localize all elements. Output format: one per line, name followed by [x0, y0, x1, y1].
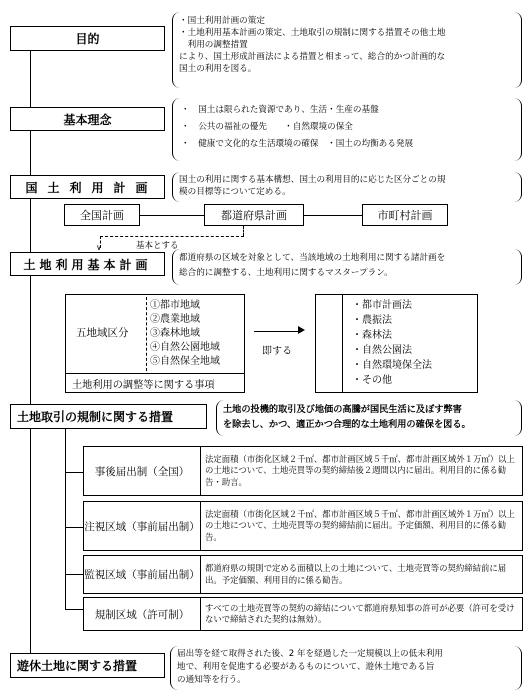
principle-line: ・ 国土は限られた資源であり、生活・生産の基盤 — [181, 102, 513, 119]
area-item: ③森林地域 — [150, 327, 220, 341]
law-item: ・自然環境保全法 — [352, 358, 432, 373]
area-item: ②農業地域 — [150, 313, 220, 327]
area-item: ⑤自然保全地域 — [150, 355, 220, 369]
row-connector — [65, 527, 83, 528]
regulation-desc: 都道府県の規則で定める面積以上の土地について、土地売買等の契約締結前に届出。予定… — [201, 556, 522, 593]
law-item: ・森林法 — [352, 328, 432, 343]
basis-dashed-horizontal — [100, 236, 244, 237]
row-connector — [65, 609, 83, 610]
municipal-plan-label: 市町村計画 — [378, 207, 433, 223]
purpose-line: により、国土形成計画法による措置と相まって、総合的かつ計画的な — [179, 51, 515, 63]
idle-line: 地で、利用を促進する必要があるものについて、遊休土地である旨 — [177, 661, 515, 674]
municipal-plan-box: 市町村計画 — [362, 204, 448, 226]
conform-label: 即する — [262, 342, 292, 357]
purpose-line: 国土の利用を図る。 — [179, 63, 515, 75]
regulation-label: 規制区域（許可制） — [84, 598, 201, 630]
land-use-basic-plan-title: 土地利用基本計画 — [23, 256, 151, 273]
basis-arrow-icon: ∨ — [96, 244, 102, 252]
row-connector — [65, 472, 83, 473]
idle-land-description: 届出等を経て取得された後、2 年を経過した一定規模以上の低未利用 地で、利用を促… — [170, 646, 522, 690]
purpose-line: ・土地利用基本計画の策定、土地取引の規制に関する措置その他土地 — [179, 27, 515, 39]
principle-line: ・ 健康で文化的な生活環境の確保 ・国土の均衡ある発展 — [181, 136, 513, 153]
law-item: ・農振法 — [352, 313, 432, 328]
adjustment-label: 土地利用の調整等に関する事項 — [72, 376, 215, 391]
conform-arrow-icon — [298, 326, 305, 334]
row-connector — [65, 574, 83, 575]
purpose-line: 利用の調整措置 — [179, 39, 515, 51]
regulation-desc: 法定面積（市街化区域２千㎡、都市計画区域５千㎡、都市計画区域外１万㎡）以上の土地… — [201, 447, 522, 495]
regulation-label: 注視区域（事前届出制） — [84, 502, 201, 550]
land-transaction-regulation-box: 土地取引の規制に関する措置 — [10, 404, 207, 429]
nlup-line: 国土の利用に関する基本構想、国土の利用目的に応じた区分ごとの規 — [179, 174, 515, 186]
nlup-line: 模の目標等について定める。 — [179, 186, 515, 198]
national-land-use-plan-title: 国土利用計画 — [25, 179, 157, 196]
purpose-box: 目的 — [10, 26, 165, 51]
five-areas-label: 五地域区分 — [76, 325, 129, 340]
basic-principles-box: 基本理念 — [10, 107, 165, 131]
five-areas-box: 五地域区分 ①都市地域 ②農業地域 ③森林地域 ④自然公園地域 ⑤自然保全地域 … — [65, 294, 245, 393]
land-use-basic-plan-box: 土地利用基本計画 — [10, 252, 165, 276]
main-spine — [30, 40, 31, 670]
laws-list: ・都市計画法 ・農振法 ・森林法 ・自然公園法 ・自然環境保全法 ・その他 — [352, 298, 432, 388]
area-item: ④自然公園地域 — [150, 341, 220, 355]
idle-line: 届出等を経て取得された後、2 年を経過した一定規模以上の低未利用 — [177, 648, 515, 661]
ltr-title: 土地取引の規制に関する措置 — [17, 408, 173, 425]
five-areas-divider — [146, 297, 147, 371]
ltr-line: 土地の投機的取引及び地価の高騰が国民生活に及ぼす弊害 — [223, 402, 515, 417]
regulation-row: 注視区域（事前届出制） 法定面積（市街化区域２千㎡、都市計画区域５千㎡、都市計画… — [83, 501, 523, 551]
basis-dashed-vertical-right — [243, 226, 244, 236]
prefectural-plan-box: 都道府県計画 — [204, 204, 304, 226]
regulation-row: 事後届出制（全国） 法定面積（市街化区域２千㎡、都市計画区域５千㎡、都市計画区域… — [83, 446, 523, 496]
law-item: ・都市計画法 — [352, 298, 432, 313]
idle-land-title: 遊休土地に関する措置 — [17, 657, 137, 674]
regulation-row: 規制区域（許可制） すべての土地売買等の契約の締結について都道府県知事の許可が必… — [83, 597, 523, 631]
regulation-row: 監視区域（事前届出制） 都道府県の規則で定める面積以上の土地について、土地売買等… — [83, 555, 523, 594]
regulation-branch-spine — [65, 429, 66, 609]
regulation-desc: 法定面積（市街化区域２千㎡、都市計画区域５千㎡、都市計画区域外１万㎡）以上の土地… — [201, 502, 522, 550]
laws-divider — [342, 295, 343, 392]
conform-arrow-line — [254, 331, 302, 332]
regulation-label: 監視区域（事前届出制） — [84, 556, 201, 593]
law-item: ・その他 — [352, 373, 432, 388]
land-use-basic-plan-description: 都道府県の区域を対象として、当該地域の土地利用に関する諸計画を 総合的に調整する… — [172, 249, 522, 285]
five-areas-list: ①都市地域 ②農業地域 ③森林地域 ④自然公園地域 ⑤自然保全地域 — [150, 299, 220, 369]
national-land-use-plan-description: 国土の利用に関する基本構想、国土の利用目的に応じた区分ごとの規 模の目標等につい… — [172, 172, 522, 202]
idle-line: の通知等を行う。 — [177, 674, 515, 687]
basis-label: 基本とする — [136, 239, 179, 251]
regulation-desc: すべての土地売買等の契約の締結について都道府県知事の許可が必要（許可を受けないで… — [201, 598, 522, 630]
purpose-title: 目的 — [75, 30, 99, 47]
national-land-use-plan-box: 国土利用計画 — [10, 175, 165, 199]
purpose-description: ・国土利用計画の策定 ・土地利用基本計画の策定、土地取引の規制に関する措置その他… — [172, 12, 522, 88]
idle-land-box: 遊休土地に関する措置 — [10, 653, 165, 678]
lubp-line: 総合的に調整する、土地利用に関するマスタープラン。 — [179, 266, 515, 281]
regulation-label: 事後届出制（全国） — [84, 447, 201, 495]
basic-principles-description: ・ 国土は限られた資源であり、生活・生産の基盤 ・ 公共の福祉の優先 ・自然環境… — [172, 98, 522, 161]
national-plan-label: 全国計画 — [80, 207, 124, 223]
national-plan-box: 全国計画 — [64, 204, 140, 226]
prefectural-plan-label: 都道府県計画 — [221, 207, 287, 223]
law-item: ・自然公園法 — [352, 343, 432, 358]
principle-line: ・ 公共の福祉の優先 ・自然環境の保全 — [181, 119, 513, 136]
ltr-line: を除去し、かつ、適正かつ合理的な土地利用の確保を図る。 — [223, 417, 515, 432]
related-laws-box: ・都市計画法 ・農振法 ・森林法 ・自然公園法 ・自然環境保全法 ・その他 — [315, 294, 478, 393]
basic-principles-title: 基本理念 — [63, 111, 111, 128]
lubp-line: 都道府県の区域を対象として、当該地域の土地利用に関する諸計画を — [179, 251, 515, 266]
purpose-line: ・国土利用計画の策定 — [179, 15, 515, 27]
ltr-description: 土地の投機的取引及び地価の高騰が国民生活に及ぼす弊害 を除去し、かつ、適正かつ合… — [216, 400, 522, 436]
adjustment-divider — [66, 373, 244, 374]
area-item: ①都市地域 — [150, 299, 220, 313]
